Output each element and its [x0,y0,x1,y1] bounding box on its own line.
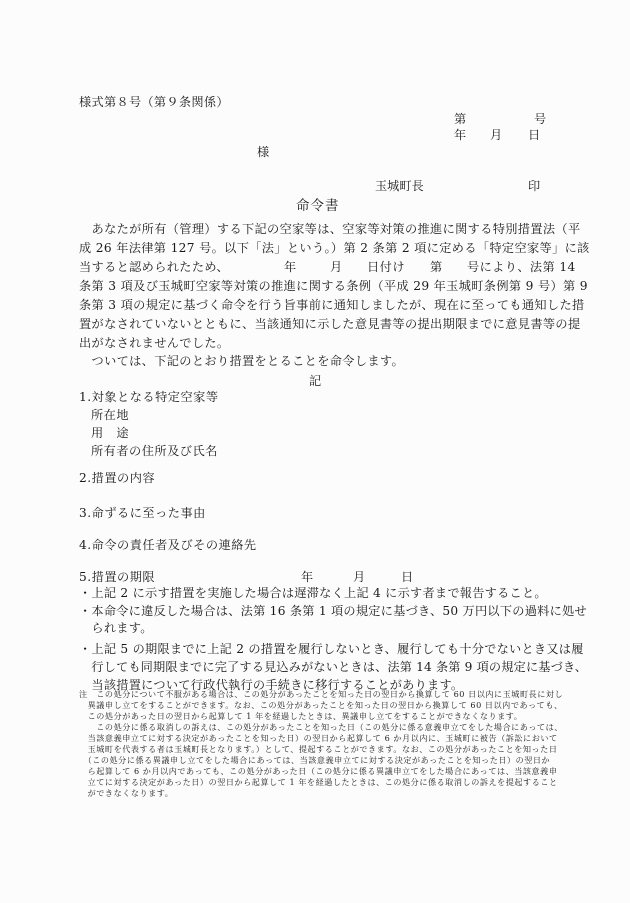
bullet-penalty-line-1: ・本命令に違反した場合は、法第 16 条第 1 項の規定に基づき、50 万円以下… [79,604,555,618]
record-heading: 記 [309,374,321,388]
notice-day-label: 日付け [367,260,405,274]
item-1-label: 1.対象となる特定空家等 [79,390,219,404]
body-line-7: 出がなされませんでした。 [79,336,555,350]
item-2-label: 2.措置の内容 [79,471,155,485]
deadline-day-label: 日 [401,570,413,584]
body-line-8: ついては、下記のとおり措置をとることを命令します。 [79,354,555,368]
item-1-owner: 所有者の住所及び氏名 [91,444,218,458]
item-1-location: 所在地 [91,408,129,422]
notice-number-tail: 号により、法第 14 [467,260,576,274]
deadline-year-label: 年 [301,570,313,584]
note-line-3: この処分があった日の翌日から起算して 1 年を経過したときは、異議申し立てをする… [79,711,522,721]
note-line-6: 玉城町を代表する者は玉城町長となります。）として、提起することができます。なお、… [79,744,557,754]
item-4-label: 4.命令の責任者及びその連絡先 [79,538,257,552]
body-line-6: 置がなされていないとともに、当該通知に示した意見書等の提出期限までに意見書等の提 [79,317,555,331]
note-line-10: ができなくなります。 [79,788,173,798]
body-line-3-text: 当すると認められたため、 [79,260,229,274]
seal-mark: 印 [528,179,540,193]
form-number: 様式第８号（第９条関係） [79,95,229,109]
body-line-2: 成 26 年法律第 127 号。以下「法」という。）第 2 条第 2 項に定める… [79,241,555,255]
doc-number-prefix: 第 [454,112,466,126]
notice-month-label: 月 [330,260,342,274]
date-month-label: 月 [490,128,502,142]
doc-number-suffix: 号 [534,112,546,126]
bullet-execution-line-2: 行しても同期限までに完了する見込みがないときは、法第 14 条第 9 項の規定に… [79,660,555,674]
body-line-5: 条第 3 項の規定に基づく命令を行う旨事前に通知しましたが、現在に至っても通知し… [79,298,555,312]
note-line-1: 注 この処分について不服がある場合は、この処分があったことを知った日の翌日から換… [79,689,563,699]
issuer-name: 玉城町長 [375,179,424,193]
body-line-4: 条第 3 項及び玉城町空家等対策の推進に関する条例（平成 29 年玉城町条例第 … [79,279,555,293]
note-line-5: 当該意義申立てに対する決定があったことを知った日）の翌日から起算して 6 か月以… [79,733,558,743]
body-line-1: あなたが所有（管理）する下記の空家等は、空家等対策の推進に関する特別措置法（平 [79,222,555,236]
document-title: 命令書 [296,194,340,214]
note-line-2: 異議申し立てをすることができます。なお、この処分があったことを知った日の翌日から… [79,700,563,710]
date-day-label: 日 [528,128,540,142]
item-3-label: 3.命ずるに至った事由 [79,506,206,520]
bullet-execution-line-1: ・上記 5 の期限までに上記 2 の措置を履行しないとき、履行しても十分でないと… [79,642,555,656]
notice-year-label: 年 [284,260,296,274]
note-line-4: この処分に係る取消しの訴えは、この処分があったことを知った日（この処分に係る意義… [79,722,563,732]
deadline-month-label: 月 [353,570,365,584]
item-1-usage: 用 途 [91,426,129,440]
date-year-label: 年 [454,128,466,142]
item-5-label: 5.措置の期限 [79,570,155,584]
notice-number-prefix: 第 [430,260,442,274]
note-line-8: ら起算して 6 か月以内であっても、この処分があった日（この処分に係る異議申立て… [79,766,557,776]
bullet-report: ・上記 2 に示す措置を実施した場合は遅滞なく上記 4 に示す者まで報告すること… [79,586,555,600]
note-line-9: 立てに対する決定があった日）の翌日から起算して 1 年を経過したときは、この処分… [79,777,558,787]
addressee-suffix: 様 [257,145,269,159]
bullet-penalty-line-2: られます。 [79,621,555,635]
note-line-7: （この処分に係る異議申し立てをした場合にあっては、当該意義申立てに対する決定があ… [79,755,550,765]
